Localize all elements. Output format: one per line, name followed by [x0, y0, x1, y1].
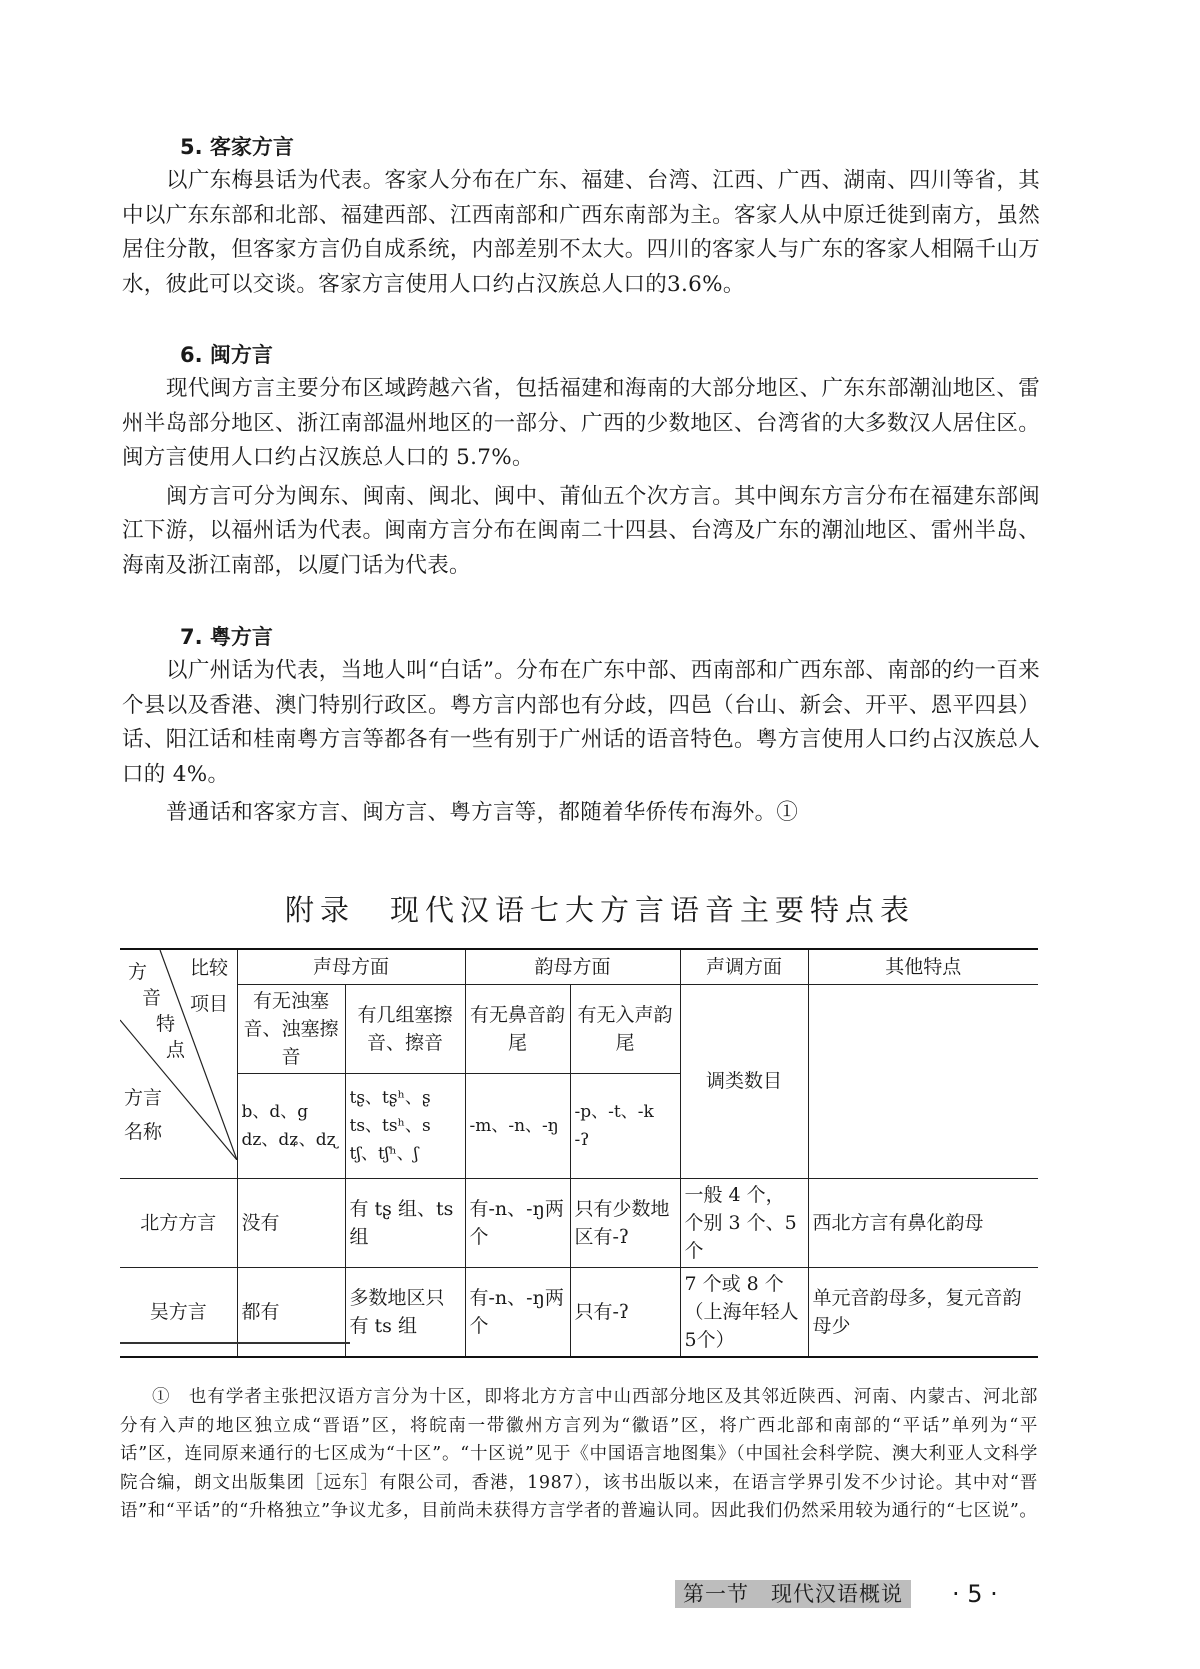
ipa-nasal: -m、-n、-ŋ — [465, 1073, 570, 1178]
corner-char: 点 — [166, 1036, 185, 1064]
cell-voiced: 没有 — [237, 1178, 345, 1267]
ipa-line: -ʔ — [575, 1126, 676, 1154]
table-row: 北方方言 没有 有 tʂ 组、ts 组 有-n、-ŋ两个 只有少数地区有-ʔ 一… — [120, 1178, 1038, 1267]
appendix-title: 附录 现代汉语七大方言语音主要特点表 — [0, 888, 1200, 929]
group-header-finals: 韵母方面 — [465, 949, 680, 984]
book-page: 5. 客家方言 以广东梅县话为代表。客家人分布在广东、福建、台湾、江西、广西、湖… — [0, 0, 1200, 1669]
group-header-other: 其他特点 — [808, 949, 1038, 984]
ipa-line: ts、tsʰ、s — [350, 1112, 461, 1140]
subheader-voiced: 有无浊塞音、浊塞擦音 — [237, 984, 345, 1073]
section-heading: 7. 粤方言 — [122, 620, 1040, 654]
section-min: 6. 闽方言 现代闽方言主要分布区域跨越六省，包括福建和海南的大部分地区、广东东… — [122, 338, 1040, 583]
section-heading: 6. 闽方言 — [122, 338, 1040, 372]
cell-stop: 只有-ʔ — [570, 1267, 680, 1357]
section-hakka: 5. 客家方言 以广东梅县话为代表。客家人分布在广东、福建、台湾、江西、广西、湖… — [122, 130, 1040, 302]
ipa-line: tʂ、tʂʰ、ʂ — [350, 1084, 461, 1112]
section-heading: 5. 客家方言 — [122, 130, 1040, 164]
subheader-affricates: 有几组塞擦音、擦音 — [345, 984, 465, 1073]
corner-header-cell: 比较 项目 方 音 特 点 方言 名称 — [120, 949, 237, 1178]
dialect-name: 北方方言 — [120, 1178, 237, 1267]
ipa-line: -p、-t、-k — [575, 1098, 676, 1126]
group-header-tones: 声调方面 — [680, 949, 808, 984]
corner-label-compare: 比较 — [190, 954, 228, 982]
footnote: ① 也有学者主张把汉语方言分为十区，即将北方方言中山西部分地区及其邻近陕西、河南… — [120, 1383, 1038, 1526]
group-header-initials: 声母方面 — [237, 949, 465, 984]
cell-nasal: 有-n、-ŋ两个 — [465, 1178, 570, 1267]
paragraph: 普通话和客家方言、闽方言、粤方言等，都随着华侨传布海外。① — [122, 796, 1040, 831]
ipa-stop: -p、-t、-k -ʔ — [570, 1073, 680, 1178]
corner-label-name: 名称 — [124, 1118, 162, 1146]
corner-label-dialect: 方言 — [124, 1084, 162, 1112]
cell-stop: 只有少数地区有-ʔ — [570, 1178, 680, 1267]
footnote-divider — [120, 1342, 350, 1344]
cell-affricates: 多数地区只有 ts 组 — [345, 1267, 465, 1357]
paragraph: 现代闽方言主要分布区域跨越六省，包括福建和海南的大部分地区、广东东部潮汕地区、雷… — [122, 372, 1040, 476]
paragraph: 以广东梅县话为代表。客家人分布在广东、福建、台湾、江西、广西、湖南、四川等省，其… — [122, 164, 1040, 302]
ipa-affricates: tʂ、tʂʰ、ʂ ts、tsʰ、s tʃ、tʃʰ、ʃ — [345, 1073, 465, 1178]
paragraph: 以广州话为代表，当地人叫“白话”。分布在广东中部、西南部和广西东部、南部的约一百… — [122, 654, 1040, 792]
ipa-line: dz、dʑ、dʐ — [242, 1126, 341, 1154]
subheader-stop: 有无入声韵尾 — [570, 984, 680, 1073]
cell-other: 单元音韵母多，复元音韵母少 — [808, 1267, 1038, 1357]
section-yue: 7. 粤方言 以广州话为代表，当地人叫“白话”。分布在广东中部、西南部和广西东部… — [122, 620, 1040, 831]
footnote-text: ① 也有学者主张把汉语方言分为十区，即将北方方言中山西部分地区及其邻近陕西、河南… — [120, 1383, 1038, 1526]
subheader-tone-count: 调类数目 — [680, 984, 808, 1178]
cell-other: 西北方言有鼻化韵母 — [808, 1178, 1038, 1267]
cell-tones: 7 个或 8 个（上海年轻人5个） — [680, 1267, 808, 1357]
cell-affricates: 有 tʂ 组、ts 组 — [345, 1178, 465, 1267]
page-number: · 5 · — [952, 1580, 998, 1608]
subheader-other-empty — [808, 984, 1038, 1178]
corner-label-item: 项目 — [190, 990, 228, 1018]
running-head: 第一节 现代汉语概说 — [675, 1580, 911, 1608]
cell-nasal: 有-n、-ŋ两个 — [465, 1267, 570, 1357]
corner-char: 音 — [142, 984, 161, 1012]
ipa-line: tʃ、tʃʰ、ʃ — [350, 1140, 461, 1168]
ipa-line: b、d、g — [242, 1098, 341, 1126]
dialect-features-table: 比较 项目 方 音 特 点 方言 名称 声母方面 韵母方面 声调方面 其他特点 … — [120, 948, 1038, 1358]
subheader-nasal: 有无鼻音韵尾 — [465, 984, 570, 1073]
corner-char: 方 — [128, 958, 147, 986]
cell-tones: 一般 4 个，个别 3 个、5 个 — [680, 1178, 808, 1267]
ipa-voiced: b、d、g dz、dʑ、dʐ — [237, 1073, 345, 1178]
paragraph: 闽方言可分为闽东、闽南、闽北、闽中、莆仙五个次方言。其中闽东方言分布在福建东部闽… — [122, 480, 1040, 584]
corner-char: 特 — [156, 1010, 175, 1038]
